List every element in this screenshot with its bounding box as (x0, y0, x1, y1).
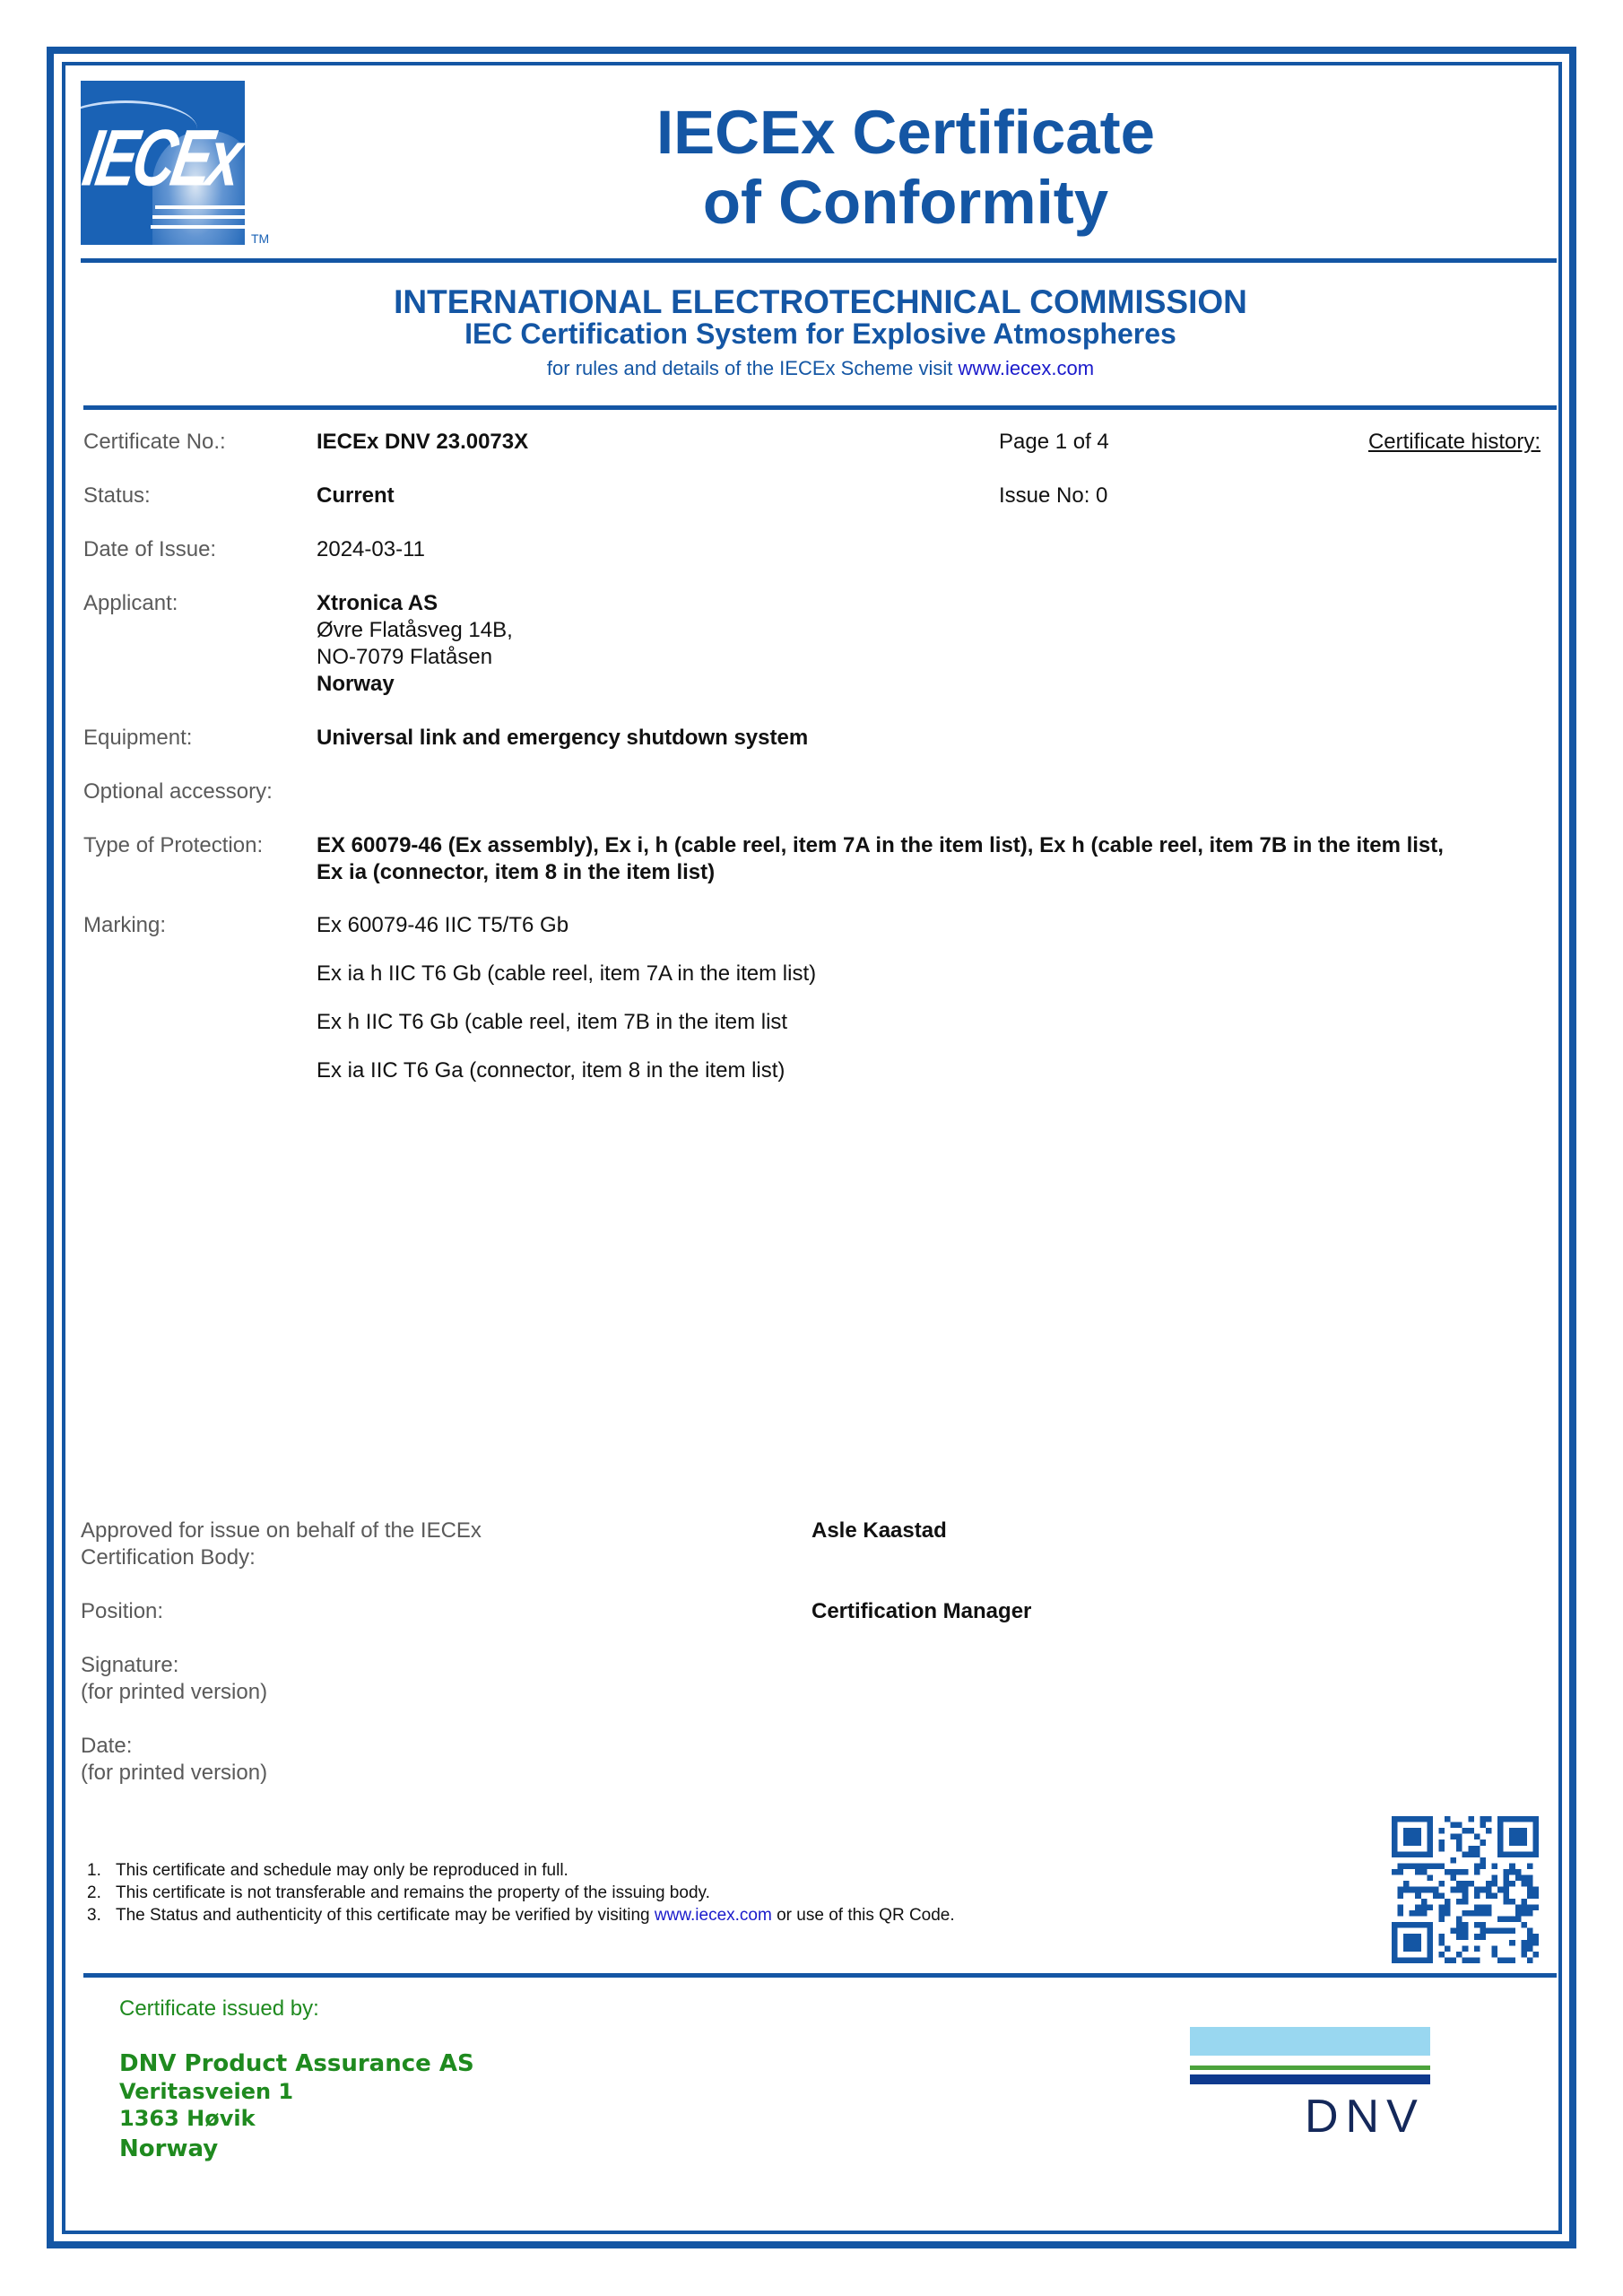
note-text: This certificate is not transferable and… (116, 1883, 710, 1902)
approver-name: Asle Kaastad (811, 1518, 947, 1544)
logo-stripe-icon (152, 215, 245, 219)
approved-label-line: Certification Body: (81, 1544, 482, 1571)
date-note: (for printed version) (81, 1760, 267, 1787)
approved-label-line: Approved for issue on behalf of the IECE… (81, 1518, 482, 1544)
logo-stripe-icon (151, 225, 245, 229)
footer-divider (83, 1973, 1557, 1978)
trademark: TM (251, 231, 269, 246)
equipment-label: Equipment: (83, 725, 192, 752)
position-value: Certification Manager (811, 1598, 1031, 1625)
issuer-heading: Certificate issued by: (119, 1998, 319, 2020)
issuer-country: Norway (119, 2137, 218, 2161)
status-label: Status: (83, 483, 151, 509)
iecex-logo: IECEx (81, 81, 245, 245)
type-of-protection-value: EX 60079-46 (Ex assembly), Ex i, h (cabl… (317, 832, 1554, 886)
issue-number: Issue No: 0 (999, 483, 1107, 509)
header-divider (81, 258, 1557, 263)
marking-item: Ex h IIC T6 Gb (cable reel, item 7B in t… (317, 1009, 787, 1036)
position-label: Position: (81, 1598, 163, 1625)
marking-item: Ex 60079-46 IIC T5/T6 Gb (317, 912, 568, 939)
qr-code-icon[interactable] (1392, 1816, 1539, 1963)
issuer-name: DNV Product Assurance AS (119, 2052, 474, 2075)
note-text: or use of this QR Code. (772, 1906, 955, 1925)
note-item: 3.The Status and authenticity of this ce… (87, 1904, 955, 1926)
organization-name: INTERNATIONAL ELECTROTECHNICAL COMMISSIO… (81, 285, 1560, 318)
marking-item: Ex ia h IIC T6 Gb (cable reel, item 7A i… (317, 961, 816, 987)
applicant-label: Applicant: (83, 590, 178, 617)
optional-accessory-label: Optional accessory: (83, 778, 273, 805)
certificate-history-link[interactable]: Certificate history: (1368, 429, 1541, 456)
protection-line: EX 60079-46 (Ex assembly), Ex i, h (cabl… (317, 832, 1554, 859)
dnv-logo-blue-bar (1190, 2074, 1430, 2084)
iecex-website-link[interactable]: www.iecex.com (958, 357, 1094, 379)
certificate-number-label: Certificate No.: (83, 429, 226, 456)
applicant-block: Xtronica AS Øvre Flatåsveg 14B, NO-7079 … (317, 590, 513, 698)
issuer-city: 1363 Høvik (119, 2108, 256, 2129)
iecex-verify-link[interactable]: www.iecex.com (655, 1906, 772, 1925)
date-of-issue-label: Date of Issue: (83, 536, 216, 563)
marking-item: Ex ia IIC T6 Ga (connector, item 8 in th… (317, 1057, 785, 1084)
certificate-number: IECEx DNV 23.0073X (317, 429, 528, 456)
system-name: IEC Certification System for Explosive A… (81, 319, 1560, 348)
applicant-name: Xtronica AS (317, 590, 513, 617)
approved-label: Approved for issue on behalf of the IECE… (81, 1518, 482, 1571)
dnv-logo-green-bar (1190, 2066, 1430, 2070)
page-title-line2: of Conformity (502, 171, 1309, 233)
signature-note: (for printed version) (81, 1679, 267, 1706)
note-item: 1.This certificate and schedule may only… (87, 1859, 568, 1882)
note-text: This certificate and schedule may only b… (116, 1861, 568, 1880)
date-label-text: Date: (81, 1733, 267, 1760)
protection-line: Ex ia (connector, item 8 in the item lis… (317, 859, 1554, 886)
applicant-street: Øvre Flatåsveg 14B, (317, 617, 513, 644)
type-of-protection-label: Type of Protection: (83, 832, 263, 859)
applicant-country: Norway (317, 671, 513, 698)
dnv-logo-light-bar (1190, 2027, 1430, 2056)
equipment-value: Universal link and emergency shutdown sy… (317, 725, 808, 752)
note-number: 3. (87, 1904, 116, 1926)
logo-text: IECEx (81, 111, 245, 204)
marking-label: Marking: (83, 912, 166, 939)
issuer-street: Veritasveien 1 (119, 2081, 293, 2102)
note-number: 1. (87, 1859, 116, 1882)
note-number: 2. (87, 1882, 116, 1904)
logo-stripe-icon (155, 205, 245, 209)
page-title-line1: IECEx Certificate (502, 101, 1309, 163)
page-indicator: Page 1 of 4 (999, 429, 1109, 456)
date-label: Date: (for printed version) (81, 1733, 267, 1787)
rules-prefix: for rules and details of the IECEx Schem… (547, 357, 959, 379)
header-bottom-divider (83, 405, 1557, 410)
applicant-city: NO-7079 Flatåsen (317, 644, 513, 671)
signature-label: Signature: (for printed version) (81, 1652, 267, 1706)
note-item: 2.This certificate is not transferable a… (87, 1882, 710, 1904)
date-of-issue: 2024-03-11 (317, 536, 425, 563)
note-text: The Status and authenticity of this cert… (116, 1906, 655, 1925)
dnv-logo-text: DNV (1305, 2090, 1425, 2144)
status-value: Current (317, 483, 395, 509)
signature-label-text: Signature: (81, 1652, 267, 1679)
rules-text: for rules and details of the IECEx Schem… (81, 359, 1560, 378)
